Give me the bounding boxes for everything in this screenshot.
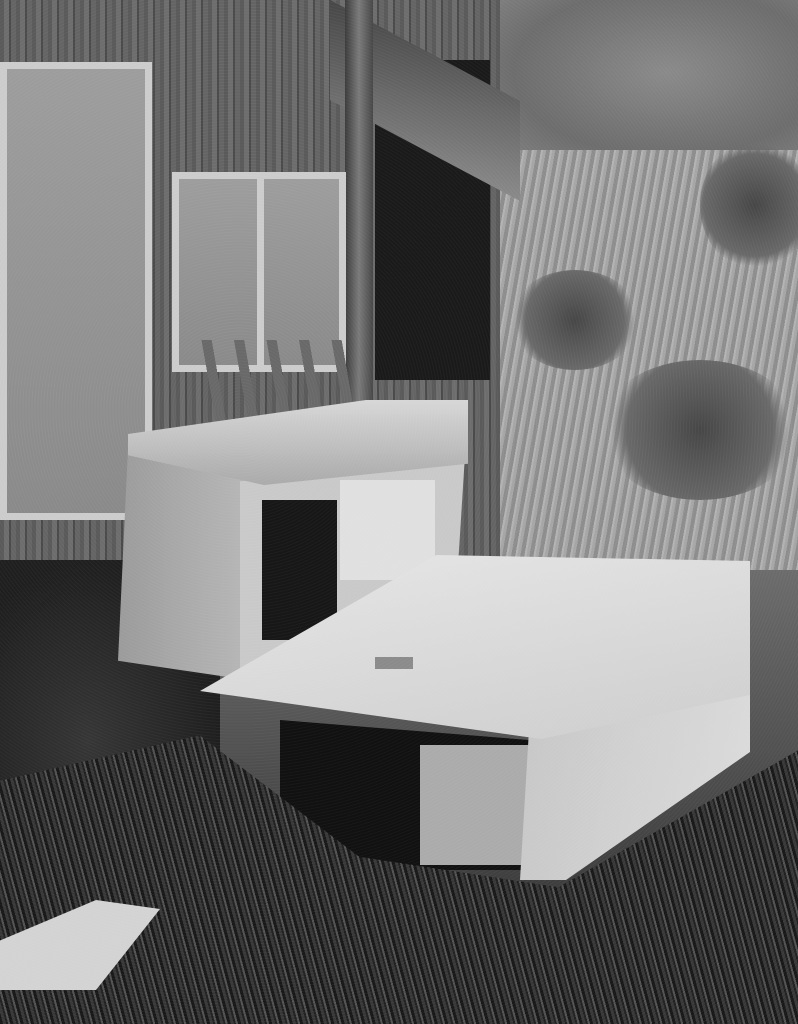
photograph [0,0,798,1024]
film-grain [0,0,798,1024]
